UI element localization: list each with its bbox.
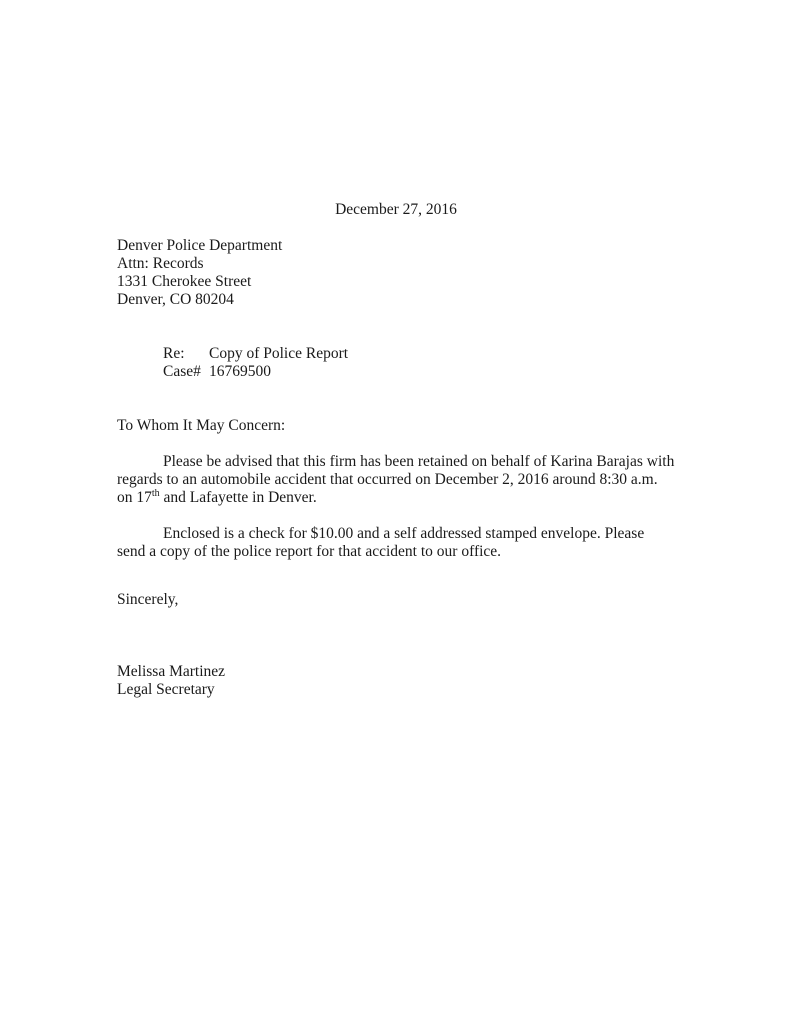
- case-row: Case# 16769500: [163, 363, 675, 381]
- re-subject: Copy of Police Report: [209, 345, 348, 363]
- reference-block: Re: Copy of Police Report Case# 16769500: [117, 345, 675, 381]
- salutation: To Whom It May Concern:: [117, 417, 675, 435]
- letter-date: December 27, 2016: [117, 201, 675, 219]
- signer-title: Legal Secretary: [117, 681, 675, 699]
- recipient-name: Denver Police Department: [117, 237, 675, 255]
- recipient-address: Denver Police Department Attn: Records 1…: [117, 237, 675, 309]
- letter-page: December 27, 2016 Denver Police Departme…: [0, 0, 791, 1024]
- recipient-street: 1331 Cherokee Street: [117, 273, 675, 291]
- case-number: 16769500: [209, 363, 271, 381]
- ordinal-superscript: th: [152, 488, 160, 499]
- re-row: Re: Copy of Police Report: [163, 345, 675, 363]
- body-paragraph-1: Please be advised that this firm has bee…: [117, 453, 675, 507]
- paragraph-1-text-after-superscript: and Lafayette in Denver.: [160, 489, 317, 506]
- recipient-city-state-zip: Denver, CO 80204: [117, 291, 675, 309]
- recipient-attn: Attn: Records: [117, 255, 675, 273]
- re-label: Re:: [163, 345, 209, 363]
- body-paragraph-2: Enclosed is a check for $10.00 and a sel…: [117, 525, 675, 561]
- case-label: Case#: [163, 363, 209, 381]
- closing: Sincerely,: [117, 591, 675, 609]
- signature-block: Melissa Martinez Legal Secretary: [117, 663, 675, 699]
- signer-name: Melissa Martinez: [117, 663, 675, 681]
